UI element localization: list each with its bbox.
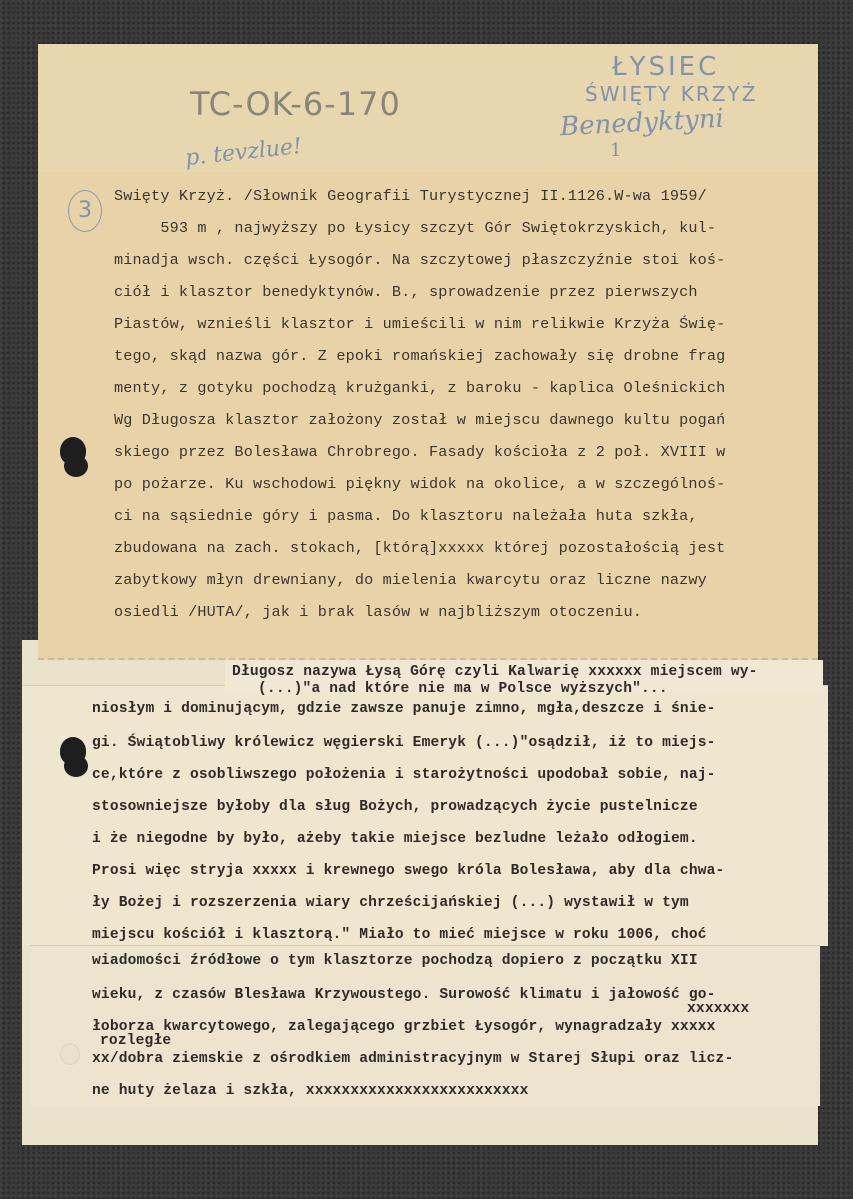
slip3-line-5: i że niegodne by było, ażeby takie miejs… (92, 831, 698, 847)
handwritten-heading-lysiec: ŁYSIEC (612, 52, 719, 82)
slip3-line-2: gi. Świątobliwy królewicz węgierski Emer… (92, 735, 716, 751)
handwritten-number: 1 (610, 140, 621, 161)
slip4-line-2: wieku, z czasów Blesława Krzywoustego. S… (92, 987, 716, 1003)
slip1-line-1: Swięty Krzyż. /Słownik Geografii Turysty… (114, 187, 707, 205)
slip4-line-1: wiadomości źródłowe o tym klasztorze poc… (92, 953, 698, 969)
slip3-line-1: niosłym i dominującym, gdzie zawsze panu… (92, 701, 716, 717)
slip1-line-13: zabytkowy młyn drewniany, do mielenia kw… (114, 571, 707, 589)
slip1-line-4: ciół i klasztor benedyktynów. B., sprowa… (114, 283, 698, 301)
slip3-line-3: ce,które z osobliwszego położenia i star… (92, 767, 716, 783)
slip1-line-3: minadja wsch. części Łysogór. Na szczyto… (114, 251, 725, 269)
faint-punch-hole (60, 1043, 80, 1065)
slip3-line-6: Prosi więc stryja xxxxx i krewnego swego… (92, 863, 724, 879)
slip1-line-5: Piastów, wznieśli klasztor i umieścili w… (114, 315, 725, 333)
slip2-insertion: (...)"a nad które nie ma w Polsce wyższy… (258, 681, 668, 697)
punch-hole (60, 737, 86, 765)
slip1-line-6: tego, skąd nazwa gór. Z epoki romańskiej… (114, 347, 725, 365)
handwritten-heading-swiety-krzyz: ŚWIĘTY KRZYŻ (585, 82, 757, 106)
slip4-line-3: łoborza kwarcytowego, zalegającego grzbi… (92, 1019, 716, 1035)
circled-number: 3 (68, 190, 102, 232)
insertion-rozlegle: rozległe (100, 1033, 171, 1049)
slip1-line-11: ci na sąsiednie góry i pasma. Do klaszto… (114, 507, 698, 525)
punch-hole (60, 437, 86, 465)
slip1-line-14: osiedli /HUTA/, jak i brak lasów w najbl… (114, 603, 642, 621)
slip1-line-9: skiego przez Bolesława Chrobrego. Fasady… (114, 443, 725, 461)
slip1-line-2: 593 m , najwyższy po Łysicy szczyt Gór S… (114, 219, 716, 237)
slip3-line-4: stosowniejsze byłoby dla sług Bożych, pr… (92, 799, 698, 815)
slip1-line-8: Wg Długosza klasztor założony został w m… (114, 411, 725, 429)
slip4-line-5: ne huty żelaza i szkła, xxxxxxxxxxxxxxxx… (92, 1083, 528, 1099)
slip4-line-4: xx/dobra ziemskie z ośrodkiem administra… (92, 1051, 733, 1067)
archive-code: TC-OK-6-170 (190, 85, 401, 123)
slip1-line-10: po pożarze. Ku wschodowi piękny widok na… (114, 475, 725, 493)
slip3-line-8: miejscu kościół i klasztorą." Miało to m… (92, 927, 707, 943)
slip2-line-1: Długosz nazywa Łysą Górę czyli Kalwarię … (232, 664, 758, 680)
slip1-line-7: menty, z gotyku pochodzą krużganki, z ba… (114, 379, 725, 397)
slip1-line-12: zbudowana na zach. stokach, [którą]xxxxx… (114, 539, 725, 557)
overstrike-above-jalowosc: xxxxxxx (687, 1001, 749, 1017)
slip3-line-7: ły Bożej i rozszerzenia wiary chrześcija… (92, 895, 689, 911)
